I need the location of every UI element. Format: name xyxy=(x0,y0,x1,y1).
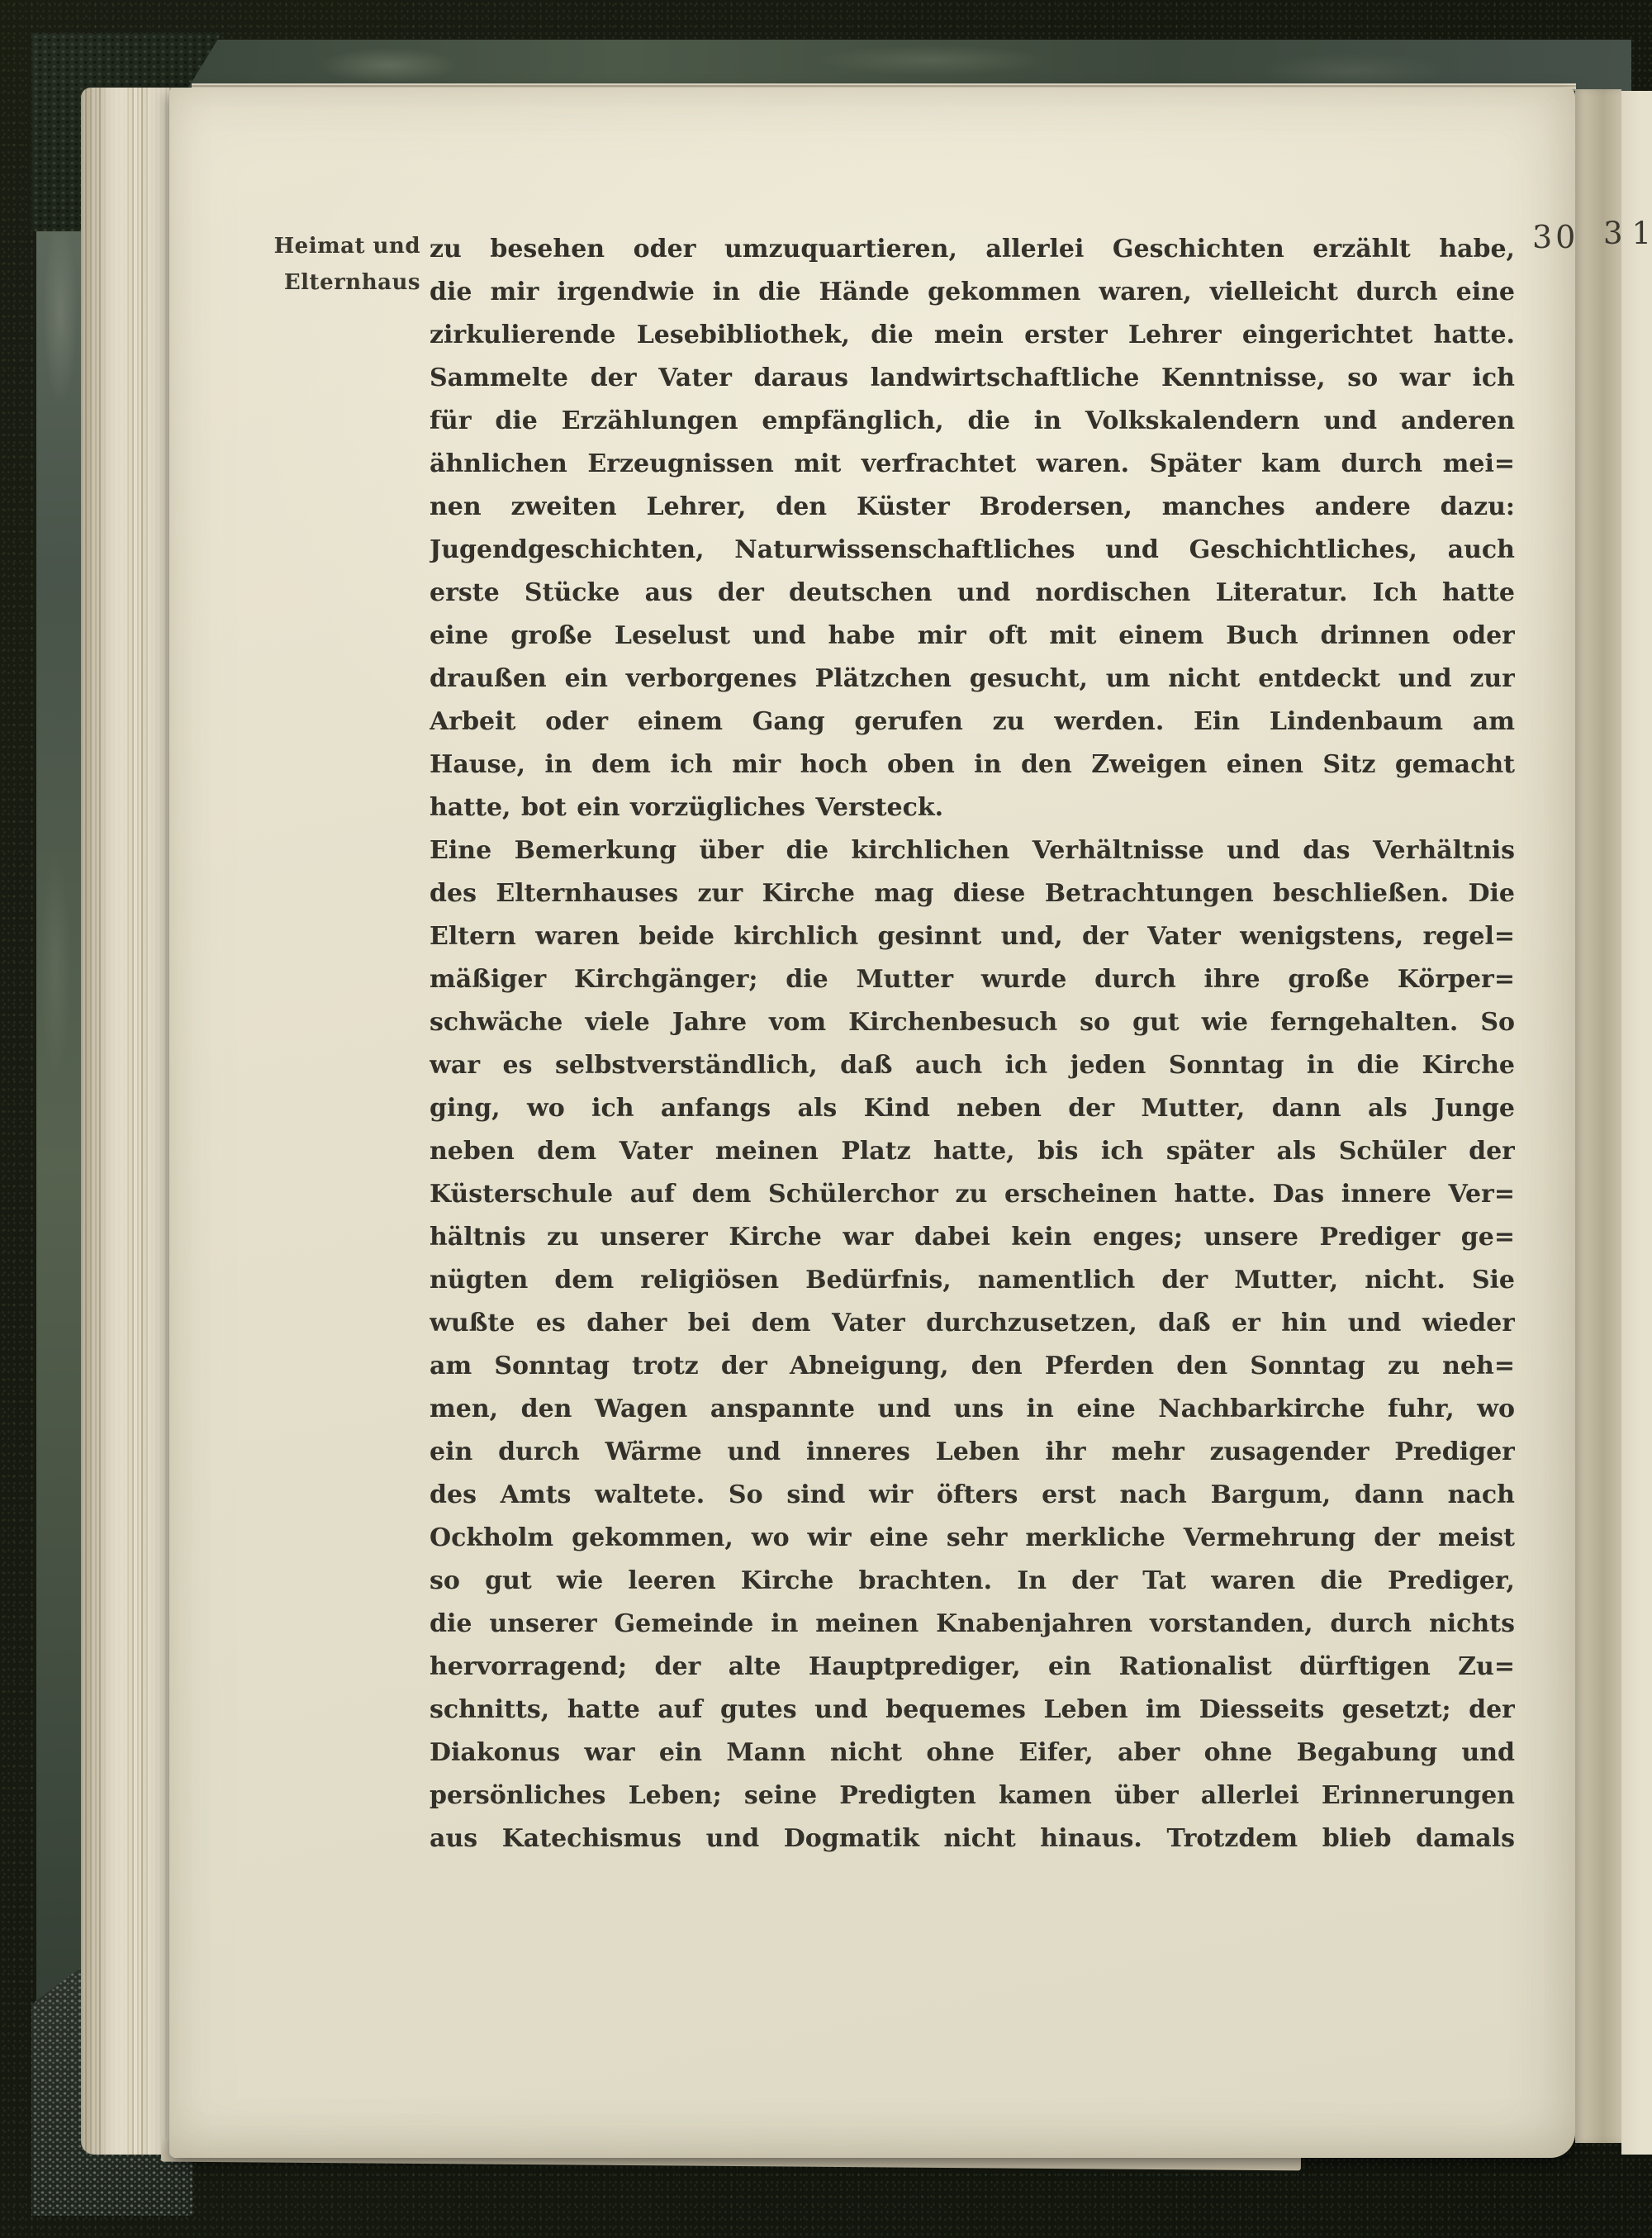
body-text-line: schnitts, hatte auf gutes und bequemes L… xyxy=(430,1689,1515,1732)
body-text-line: ein durch Wärme und inneres Leben ihr me… xyxy=(430,1431,1515,1474)
body-text-line: am Sonntag trotz der Abneigung, den Pfer… xyxy=(430,1345,1515,1388)
body-text-line: eine große Leselust und habe mir oft mit… xyxy=(430,615,1515,658)
body-text-line: Hause, in dem ich mir hoch oben in den Z… xyxy=(430,744,1515,786)
margin-note-line-1: Heimat und xyxy=(262,228,420,264)
body-text-line: draußen ein verborgenes Plätzchen gesuch… xyxy=(430,658,1515,701)
next-page-number: 31 xyxy=(1603,218,1652,249)
body-text-line: aus Katechismus und Dogmatik nicht hinau… xyxy=(430,1817,1515,1860)
body-text-line: zirkulierende Lesebibliothek, die mein e… xyxy=(430,314,1515,357)
body-text-line: nügten dem religiösen Bedürfnis, namentl… xyxy=(430,1259,1515,1302)
body-text-line: für die Erzählungen empfänglich, die in … xyxy=(430,400,1515,443)
body-text-line: men, den Wagen anspannte und uns in eine… xyxy=(430,1388,1515,1431)
body-text-line: schwäche viele Jahre vom Kirchenbesuch s… xyxy=(430,1001,1515,1044)
body-text-line: so gut wie leeren Kirche brachten. In de… xyxy=(430,1560,1515,1603)
body-text-line: nen zweiten Lehrer, den Küster Brodersen… xyxy=(430,486,1515,529)
body-text-line: neben dem Vater meinen Platz hatte, bis … xyxy=(430,1130,1515,1173)
page-number: 30 xyxy=(1532,221,1578,253)
body-text-line: Küsterschule auf dem Schülerchor zu ersc… xyxy=(430,1173,1515,1216)
next-page-sliver xyxy=(1621,91,1652,2155)
body-text-line: hältnis zu unserer Kirche war dabei kein… xyxy=(430,1216,1515,1259)
body-text-line: des Elternhauses zur Kirche mag diese Be… xyxy=(430,872,1515,915)
body-text-line: Jugendgeschichten, Naturwissenschaftlich… xyxy=(430,529,1515,572)
body-text-line: Ockholm gekommen, wo wir eine sehr merkl… xyxy=(430,1517,1515,1560)
book-scan: Heimat und Elternhaus 30 zu besehen oder… xyxy=(0,0,1652,2238)
body-text-line: die unserer Gemeinde in meinen Knabenjah… xyxy=(430,1603,1515,1646)
body-text-line: Arbeit oder einem Gang gerufen zu werden… xyxy=(430,701,1515,744)
margin-note-line-2: Elternhaus xyxy=(262,264,420,301)
body-text-line: ging, wo ich anfangs als Kind neben der … xyxy=(430,1087,1515,1130)
book-cover-left-edge xyxy=(36,74,84,2057)
body-text-line: Sammelte der Vater daraus landwirtschaft… xyxy=(430,357,1515,400)
body-text-line: Diakonus war ein Mann nicht ohne Eifer, … xyxy=(430,1732,1515,1775)
body-text-line: war es selbstverständlich, daß auch ich … xyxy=(430,1044,1515,1087)
body-text-line: persönliches Leben; seine Predigten kame… xyxy=(430,1775,1515,1817)
margin-note: Heimat und Elternhaus xyxy=(262,228,420,301)
body-text-line: Eine Bemerkung über die kirchlichen Verh… xyxy=(430,829,1515,872)
book-page: Heimat und Elternhaus 30 zu besehen oder… xyxy=(169,88,1575,2158)
body-text-line: Eltern waren beide kirchlich gesinnt und… xyxy=(430,915,1515,958)
body-text-line: mäßiger Kirchgänger; die Mutter wurde du… xyxy=(430,958,1515,1001)
body-text-line: zu besehen oder umzuquartieren, allerlei… xyxy=(430,228,1515,271)
body-text: zu besehen oder umzuquartieren, allerlei… xyxy=(430,228,1515,1860)
body-text-line: ähnlichen Erzeugnissen mit verfrachtet w… xyxy=(430,443,1515,486)
body-text-line: hatte, bot ein vorzügliches Versteck. xyxy=(430,786,1515,829)
body-text-line: des Amts waltete. So sind wir öfters ers… xyxy=(430,1474,1515,1517)
body-text-line: wußte es daher bei dem Vater durchzusetz… xyxy=(430,1302,1515,1345)
page-fold-shadow xyxy=(1575,89,1621,2143)
body-text-line: erste Stücke aus der deutschen und nordi… xyxy=(430,572,1515,615)
body-text-line: die mir irgendwie in die Hände gekommen … xyxy=(430,271,1515,314)
body-text-line: hervorragend; der alte Hauptprediger, ei… xyxy=(430,1646,1515,1689)
